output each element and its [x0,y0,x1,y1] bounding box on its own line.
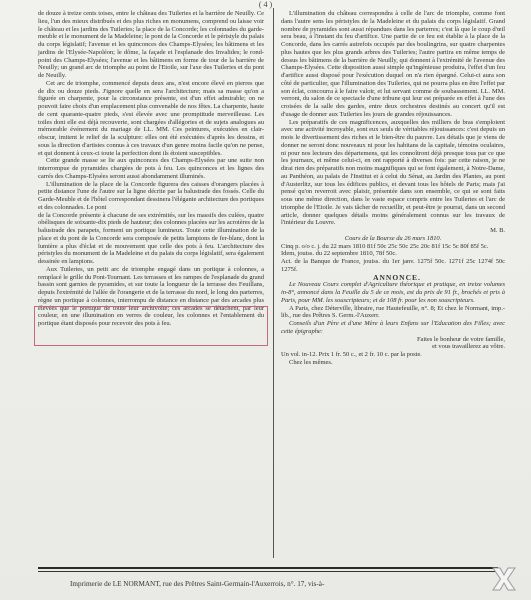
paragraph: Cette grande masse se lie aux quinconces… [38,157,264,180]
footer-rule-thin [38,571,498,572]
paragraph: de douze à treize cents toises, entre le… [38,10,264,80]
price-line: Un vol. in-12. Prix 1 fr. 50 c., et 2 fr… [281,351,505,359]
bourse-line: Idem, jouiss. du 22 septembre 1810, 78f … [281,250,505,258]
annonce-paragraph: A Paris, chez Déterville, libraire, rue … [281,305,505,321]
footer-rule-thick [38,567,498,569]
annonce-paragraph: Conseils d'un Père et d'une Mère à leurs… [281,320,505,336]
paragraph: Cet arc de triomphe, commencé depuis deu… [38,80,264,158]
paragraph: L'illumination du château correspondra à… [281,10,505,119]
left-column: de douze à treize cents toises, entre le… [38,10,264,328]
signature: M. B. [281,227,505,235]
paragraph: Les préparatifs de ces magnificences, au… [281,119,505,228]
newspaper-page: ( 4 ) de douze à treize cents toises, en… [0,0,531,600]
publisher-line: Chez les mêmes. [281,359,505,367]
bourse-line: Cinq p. o/o c. j. du 22 mars 1810 81f 50… [281,243,505,251]
bourse-heading: Cours de la Bourse du 26 mars 1810. [281,235,505,243]
paragraph: de la Concorde présente à chacune de ses… [38,212,264,266]
epigraph-line: et vous travaillerez au vôtre. [281,343,505,351]
highlighted-paragraph: L'illumination de la place de la Concord… [38,181,264,212]
imprint: Imprimerie de LE NORMANT, rue des Prêtre… [70,580,324,588]
epigraph-line: Faites le bonheur de votre famille, [281,336,505,344]
page-number: ( 4 ) [0,0,531,10]
bourse-line: Act. de la Banque de France, jouiss. du … [281,258,505,274]
column-divider [273,8,274,558]
x-logo-icon [490,565,518,593]
highlight-box [34,306,268,346]
annonce-heading: ANNONCE. [281,274,505,282]
right-column: L'illumination du château correspondra à… [281,10,505,367]
annonce-paragraph: Le Nouveau Cours complet d'Agriculture t… [281,281,505,304]
